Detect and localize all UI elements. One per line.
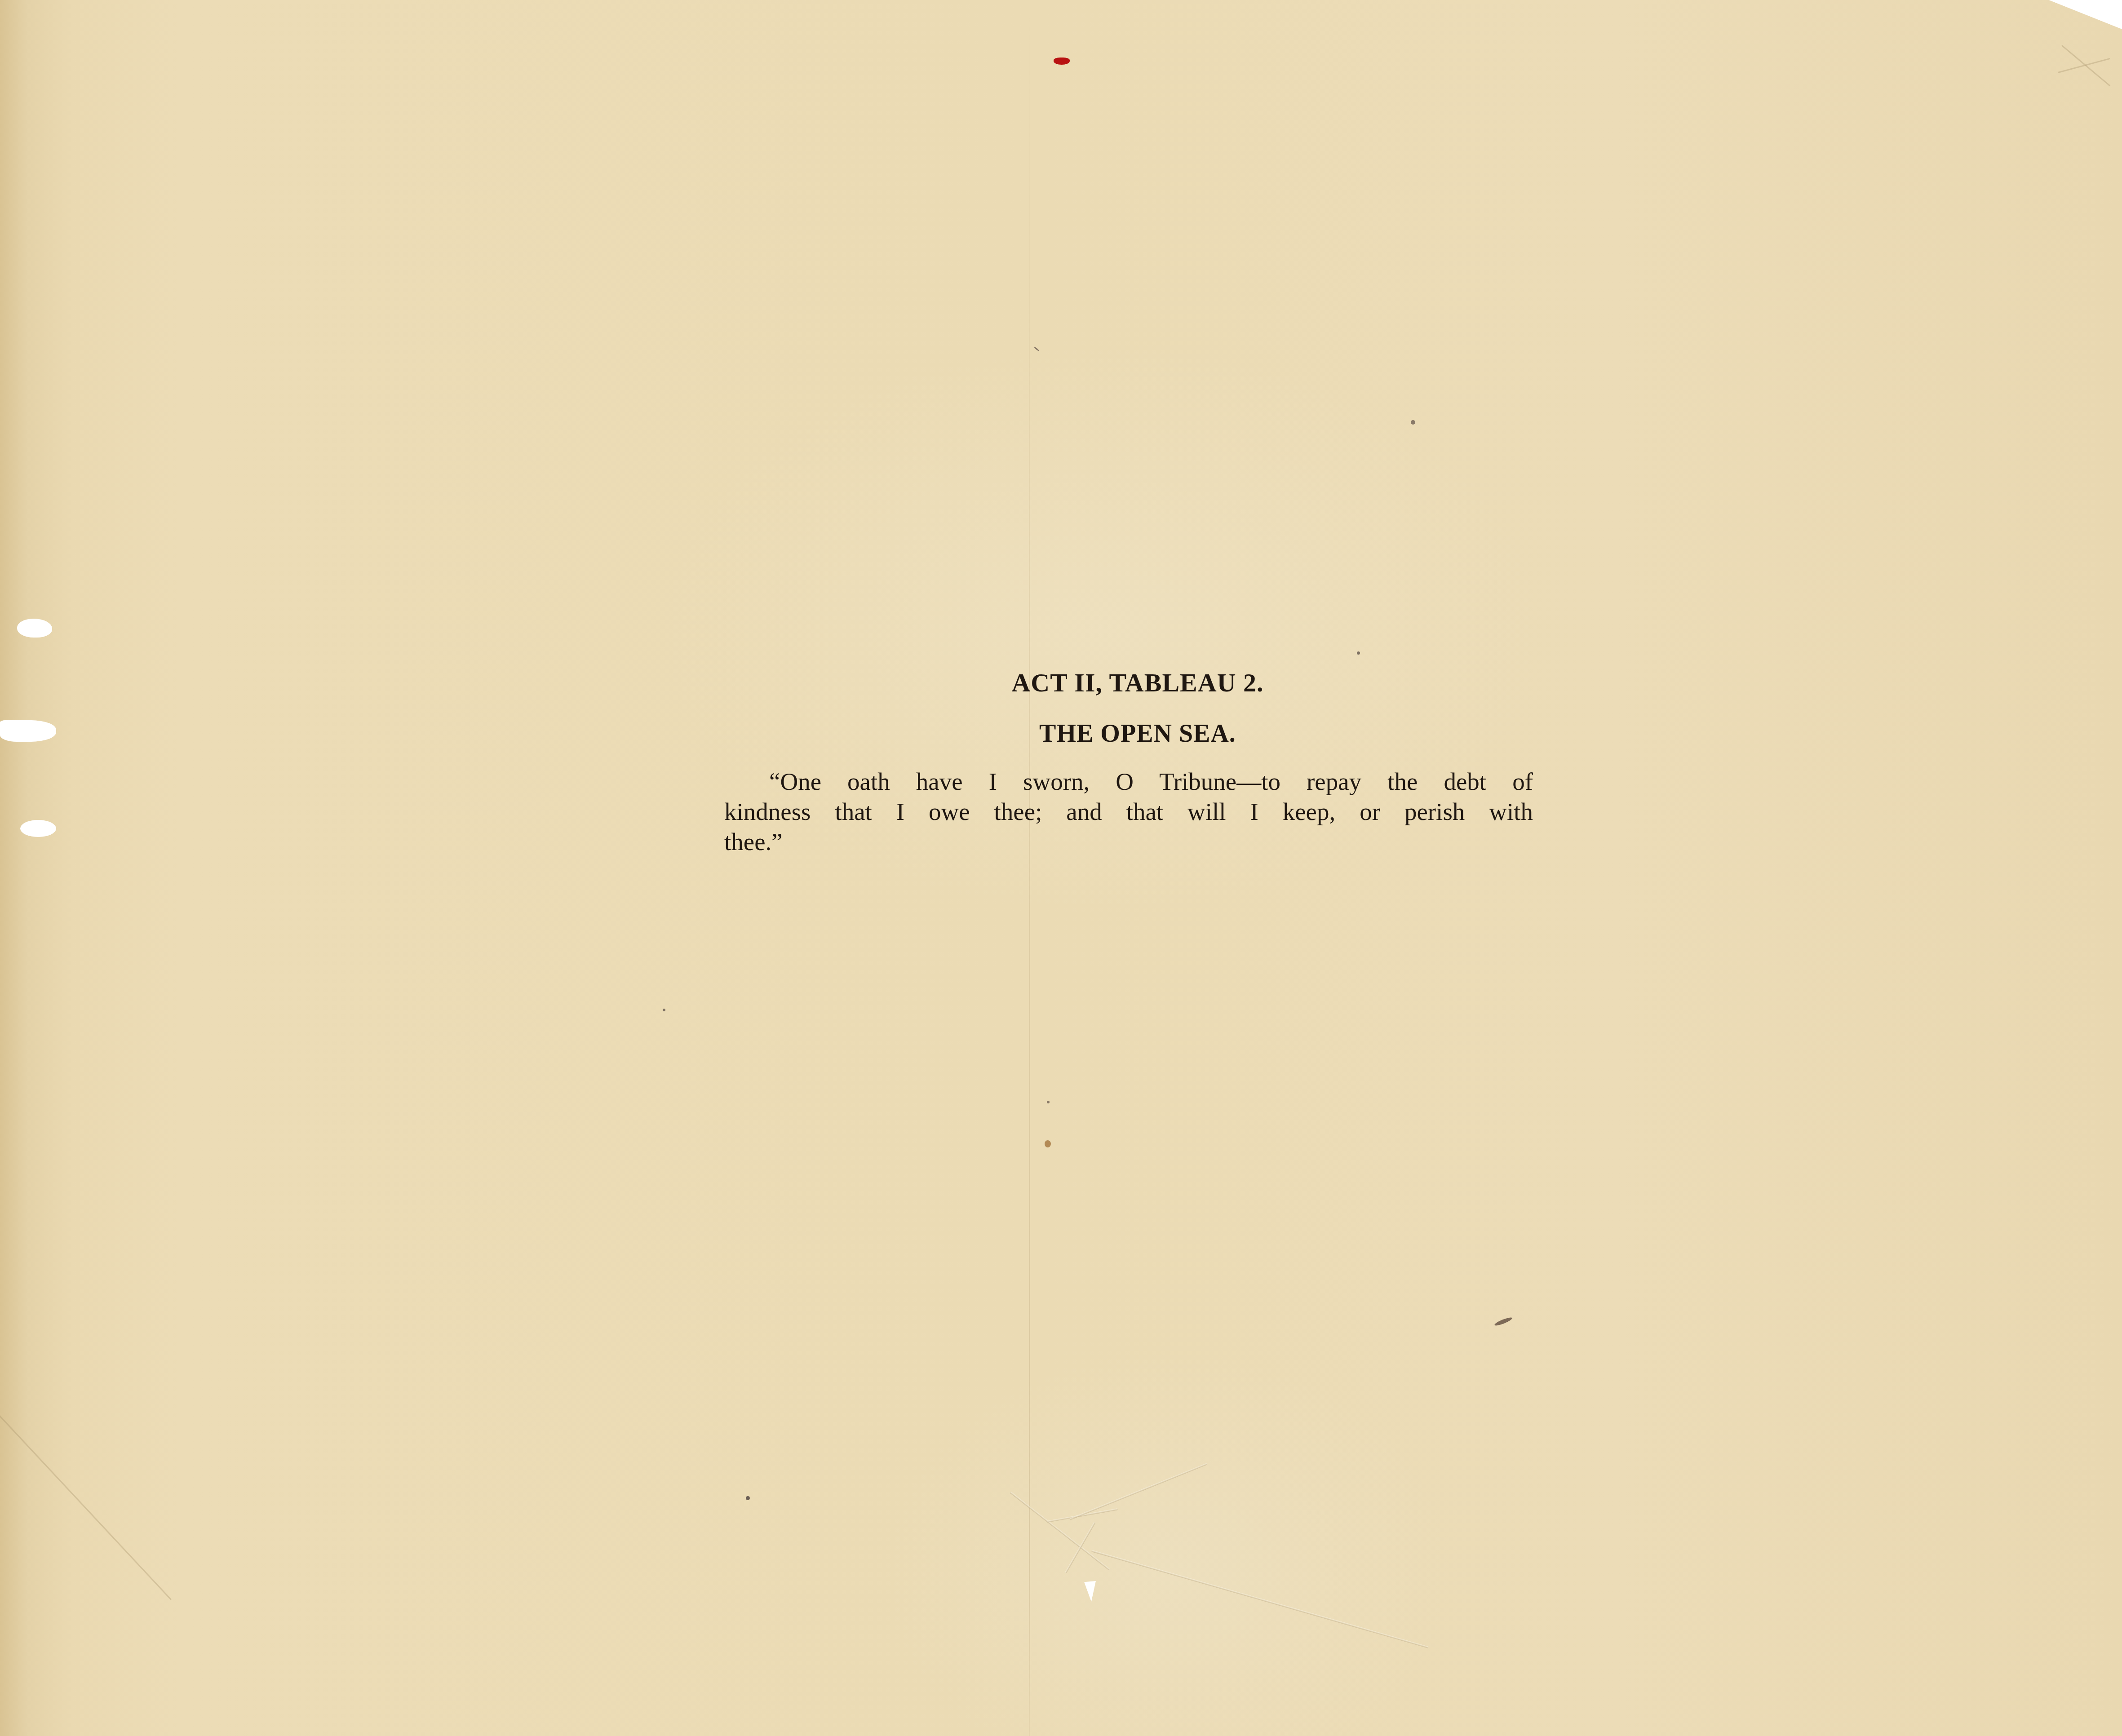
binder-hole-tear: [0, 724, 22, 730]
speck: [1411, 420, 1415, 425]
quote-line: kindness that I owe thee; and that will …: [724, 797, 1533, 827]
crease-2: [1047, 1508, 1118, 1523]
speck: [1047, 1101, 1050, 1103]
caption-block: ACT II, TABLEAU 2. THE OPEN SEA. “One oa…: [724, 665, 1533, 857]
crease-1: [1010, 1492, 1110, 1571]
corner-crease-2: [2058, 58, 2110, 73]
binder-hole-torn: [0, 720, 56, 742]
quotation: “One oath have I sworn, O Tribune—to rep…: [724, 766, 1533, 857]
binder-hole: [20, 820, 56, 837]
crease-5: [1065, 1522, 1095, 1573]
speck: [746, 1496, 750, 1500]
speck: [663, 1009, 665, 1011]
speck: [1034, 346, 1040, 351]
diagonal-fold-line: [0, 1415, 172, 1600]
brown-streak-mark: [1494, 1316, 1513, 1327]
crease-4: [1091, 1550, 1429, 1648]
vertical-fold-line: [1029, 0, 1030, 1736]
scene-title: THE OPEN SEA.: [724, 718, 1533, 749]
quote-line: thee.”: [724, 827, 1533, 857]
quote-line: “One oath have I sworn, O Tribune—to rep…: [724, 766, 1533, 797]
paper-tear: [1084, 1581, 1098, 1602]
binder-hole: [17, 619, 52, 638]
red-ink-mark: [1054, 58, 1070, 65]
speck: [1357, 651, 1360, 655]
brown-spot: [1045, 1140, 1051, 1147]
act-heading: ACT II, TABLEAU 2.: [724, 665, 1533, 701]
paper-sheet: ACT II, TABLEAU 2. THE OPEN SEA. “One oa…: [0, 0, 2122, 1736]
crease-3: [1069, 1463, 1207, 1520]
